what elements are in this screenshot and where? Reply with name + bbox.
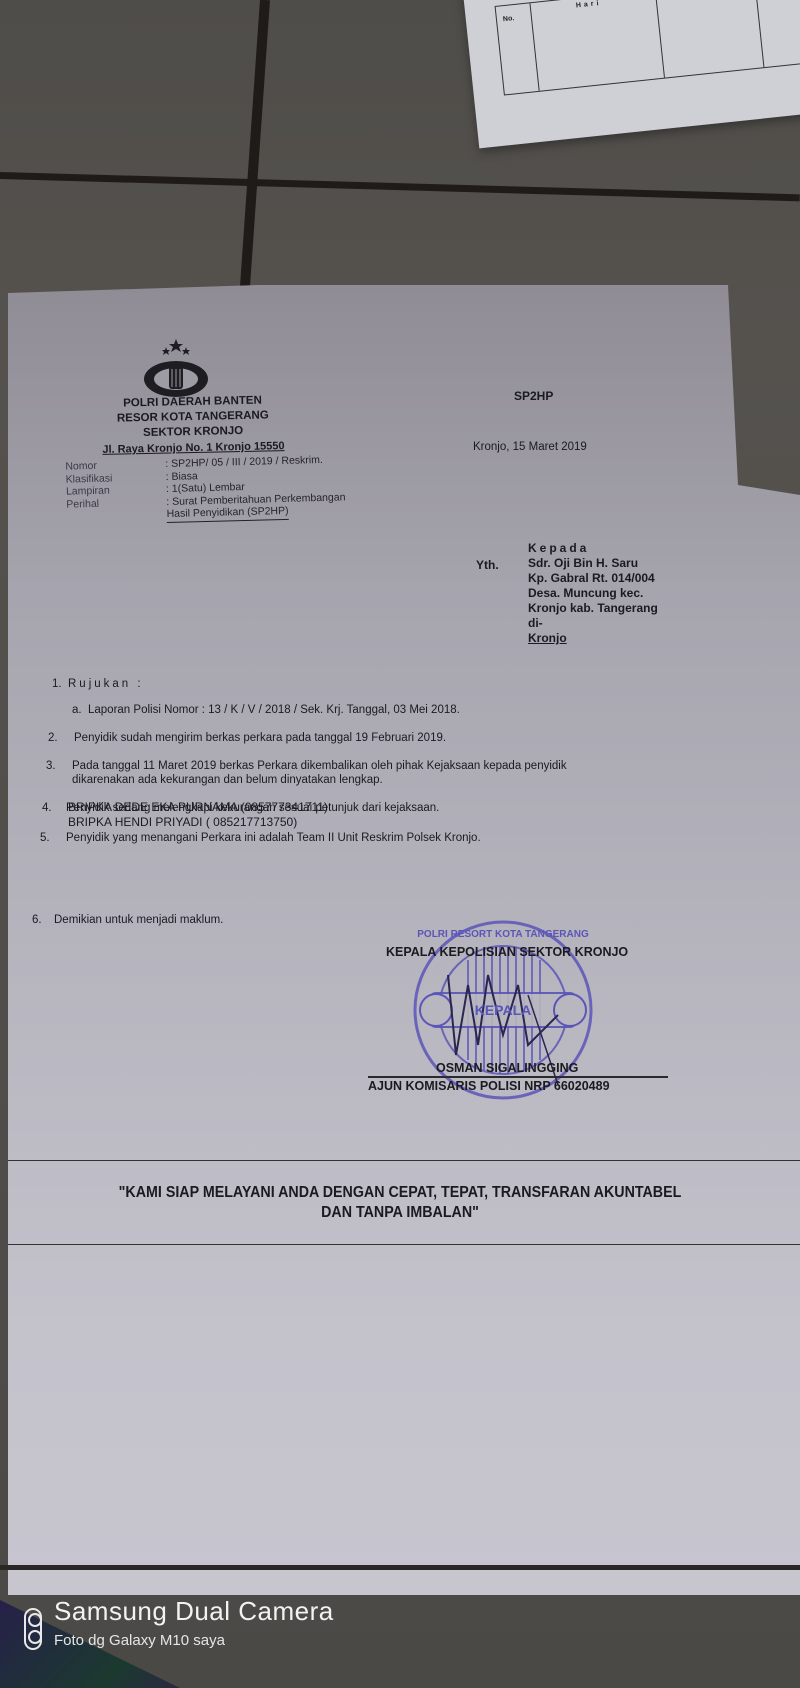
motto-banner: "KAMI SIAP MELAYANI ANDA DENGAN CEPAT, T… [0, 1160, 800, 1245]
watermark-brand: Samsung Dual Camera [54, 1596, 334, 1627]
signatory-position: KEPALA KEPOLISIAN SEKTOR KRONJO [386, 945, 628, 959]
signature-rule [368, 1076, 668, 1078]
letterhead: POLRI DAERAH BANTEN RESOR KOTA TANGERANG… [97, 393, 288, 458]
svg-text:POLRI RESORT KOTA TANGERANG: POLRI RESORT KOTA TANGERANG [417, 929, 589, 940]
dual-camera-icon [24, 1608, 42, 1650]
letter-document: POLRI DAERAH BANTEN RESOR KOTA TANGERANG… [8, 285, 800, 1595]
recipient-salutation: Yth. [476, 558, 499, 573]
signature-block: POLRI RESORT KOTA TANGERANG KEPALA KEPAL… [368, 945, 698, 1125]
svg-text:KEPALA: KEPALA [475, 1002, 532, 1018]
investigator-list: BRIPKA DEDE EKA PURNAMA (085777341711) B… [68, 800, 328, 830]
floor-edge [0, 1565, 800, 1570]
recipient-line: di- [528, 616, 728, 631]
recipient-line: Kp. Gabral Rt. 014/004 [528, 571, 728, 586]
signatory-name: OSMAN SIGALINGGING [436, 1061, 578, 1075]
background-form: CATATAN No. Hari Tanggal [463, 0, 800, 148]
watermark-caption: Foto dg Galaxy M10 saya [54, 1632, 225, 1649]
signatory-rank: AJUN KOMISARIS POLISI NRP 66020489 [368, 1079, 610, 1093]
recipient-line: Desa. Muncung kec. [528, 586, 728, 601]
recipient-city: Kronjo [528, 631, 728, 646]
polri-emblem-icon [136, 337, 216, 401]
floor-tile-grout [240, 0, 270, 290]
recipient-line: Sdr. Oji Bin H. Saru [528, 556, 728, 571]
photo-scene: CATATAN No. Hari Tanggal POL [0, 0, 800, 1688]
form-grid: No. Hari Tanggal [495, 0, 800, 96]
investigator: BRIPKA HENDI PRIYADI ( 085217713750) [68, 815, 328, 830]
doc-code: SP2HP [514, 389, 553, 403]
recipient-kepada: Kepada [528, 541, 728, 556]
motto-text: "KAMI SIAP MELAYANI ANDA DENGAN CEPAT, T… [32, 1183, 768, 1223]
investigator: BRIPKA DEDE EKA PURNAMA (085777341711) [68, 800, 328, 815]
floor-tile-grout [0, 172, 800, 201]
recipient-line: Kronjo kab. Tangerang [528, 601, 728, 616]
place-date: Kronjo, 15 Maret 2019 [473, 441, 587, 453]
letter-meta: Nomor : SP2HP/ 05 / III / 2019 / Reskrim… [65, 453, 346, 525]
